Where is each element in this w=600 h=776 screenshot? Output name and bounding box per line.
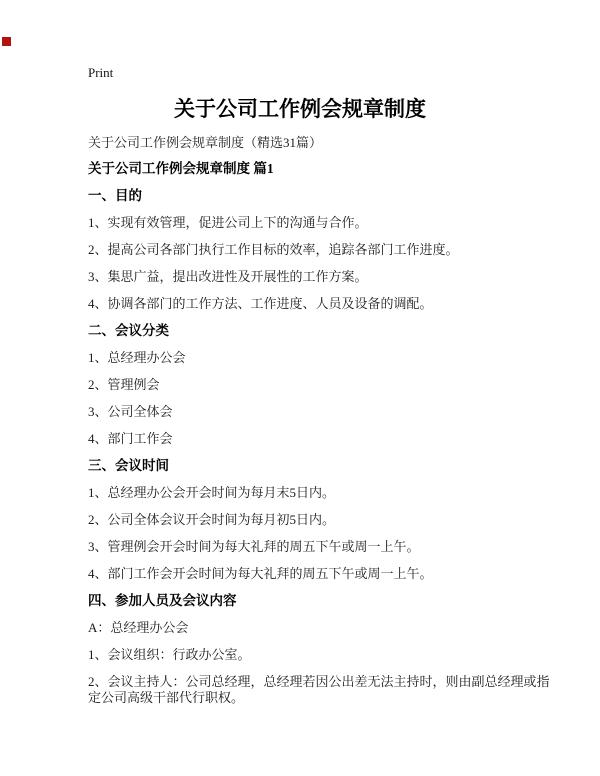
paragraph: 4、协调各部门的工作方法、工作进度、人员及设备的调配。	[88, 296, 558, 312]
article-heading: 关于公司工作例会规章制度 篇1	[88, 161, 558, 177]
paragraph: 1、实现有效管理，促进公司上下的沟通与合作。	[88, 215, 558, 231]
document-page: Print 关于公司工作例会规章制度 关于公司工作例会规章制度（精选31篇） 关…	[0, 0, 600, 776]
paragraph: 4、部门工作会开会时间为每大礼拜的周五下午或周一上午。	[88, 566, 558, 582]
paragraph: 1、会议组织：行政办公室。	[88, 647, 558, 663]
print-link[interactable]: Print	[88, 65, 113, 80]
section-heading-meeting-types: 二、会议分类	[88, 323, 558, 339]
section-heading-participants: 四、参加人员及会议内容	[88, 593, 558, 609]
paragraph: 2、公司全体会议开会时间为每月初5日内。	[88, 512, 558, 528]
paragraph: 2、提高公司各部门执行工作目标的效率，追踪各部门工作进度。	[88, 242, 558, 258]
paragraph: 1、总经理办公会开会时间为每月末5日内。	[88, 485, 558, 501]
paragraph: 4、部门工作会	[88, 431, 558, 447]
paragraph: 2、管理例会	[88, 377, 558, 393]
section-heading-meeting-time: 三、会议时间	[88, 458, 558, 474]
paragraph: 2、会议主持人：公司总经理，总经理若因公出差无法主持时，则由副总经理或指定公司高…	[88, 674, 558, 706]
paragraph: 3、管理例会开会时间为每大礼拜的周五下午或周一上午。	[88, 539, 558, 555]
doc-subtitle: 关于公司工作例会规章制度（精选31篇）	[88, 135, 558, 151]
red-square-marker	[2, 37, 11, 46]
paragraph: 1、总经理办公会	[88, 350, 558, 366]
document-body: 关于公司工作例会规章制度 关于公司工作例会规章制度（精选31篇） 关于公司工作例…	[88, 96, 558, 706]
page-title: 关于公司工作例会规章制度	[0, 96, 600, 122]
paragraph: 3、公司全体会	[88, 404, 558, 420]
section-heading-purpose: 一、目的	[88, 188, 558, 204]
paragraph: 3、集思广益，提出改进性及开展性的工作方案。	[88, 269, 558, 285]
paragraph: A：总经理办公会	[88, 620, 558, 636]
